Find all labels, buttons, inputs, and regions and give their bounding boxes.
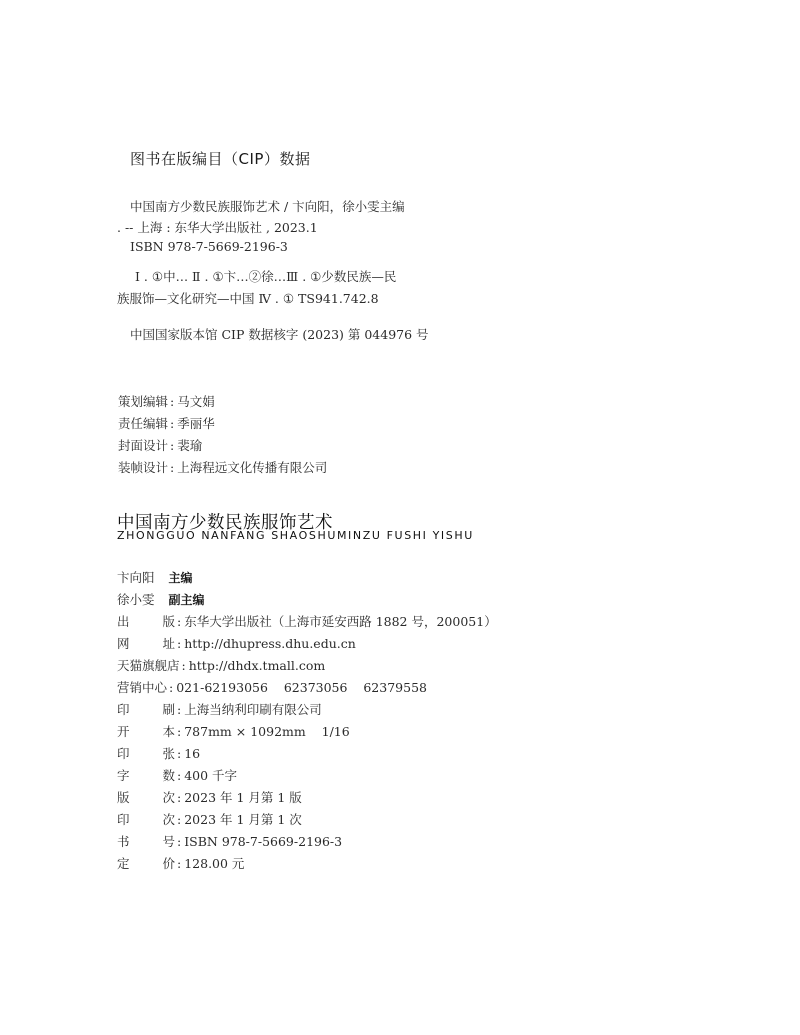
editor-role: 主编	[169, 571, 193, 585]
info-label: 开本	[117, 722, 175, 740]
credit-binding-design: 装帧设计:上海程远文化传播有限公司	[118, 458, 327, 476]
info-edition: 版次:2023 年 1 月第 1 版	[117, 788, 302, 806]
cip-line-publisher: . -- 上海 : 东华大学出版社 , 2023.1	[117, 218, 318, 236]
cip-line-classification-1: Ⅰ . ①中… Ⅱ . ①卞…②徐…Ⅲ . ①少数民族—民	[135, 267, 396, 285]
cip-line-record-number: 中国国家版本馆 CIP 数据核字 (2023) 第 044976 号	[130, 325, 429, 343]
info-printer: 印刷:上海当纳利印刷有限公司	[117, 700, 322, 718]
info-label: 营销中心	[117, 678, 167, 696]
credit-planning-editor: 策划编辑:马文娟	[118, 392, 215, 410]
info-label: 印次	[117, 810, 175, 828]
editor-deputy: 徐小雯副主编	[117, 590, 205, 608]
credit-label: 责任编辑	[118, 416, 168, 431]
editor-role: 副主编	[169, 593, 205, 607]
separator: :	[177, 724, 181, 739]
credit-value: 马文娟	[177, 394, 215, 409]
separator: :	[177, 702, 181, 717]
credit-value: 裴瑜	[177, 438, 202, 453]
cip-line-isbn: ISBN 978-7-5669-2196-3	[130, 239, 288, 254]
info-website: 网址:http://dhupress.dhu.edu.cn	[117, 634, 356, 652]
separator: :	[177, 636, 181, 651]
info-printing: 印次:2023 年 1 月第 1 次	[117, 810, 302, 828]
info-value: 16	[184, 746, 200, 761]
separator: :	[177, 614, 181, 629]
separator: :	[169, 680, 173, 695]
separator: :	[182, 658, 186, 673]
info-value: ISBN 978-7-5669-2196-3	[184, 834, 342, 849]
info-value: 2023 年 1 月第 1 版	[184, 788, 302, 806]
info-value: 128.00 元	[184, 854, 244, 872]
info-sheets: 印张:16	[117, 744, 200, 762]
info-label: 定价	[117, 854, 175, 872]
info-label: 天猫旗舰店	[117, 656, 180, 674]
credit-cover-design: 封面设计:裴瑜	[118, 436, 202, 454]
separator: :	[177, 746, 181, 761]
credit-responsible-editor: 责任编辑:季丽华	[118, 414, 215, 432]
separator: :	[170, 416, 174, 431]
info-publisher: 出版:东华大学出版社（上海市延安西路 1882 号，200051）	[117, 612, 497, 630]
info-value: http://dhdx.tmall.com	[189, 658, 326, 673]
credit-label: 封面设计	[118, 438, 168, 453]
editor-name: 徐小雯	[117, 592, 155, 607]
separator: :	[177, 790, 181, 805]
info-isbn: 书号:ISBN 978-7-5669-2196-3	[117, 832, 342, 850]
info-price: 定价:128.00 元	[117, 854, 244, 872]
info-label: 印刷	[117, 700, 175, 718]
info-value: http://dhupress.dhu.edu.cn	[184, 636, 356, 651]
separator: :	[170, 394, 174, 409]
separator: :	[177, 834, 181, 849]
credit-label: 策划编辑	[118, 394, 168, 409]
cip-line-title: 中国南方少数民族服饰艺术 / 卞向阳，徐小雯主编	[130, 197, 405, 215]
info-value: 东华大学出版社（上海市延安西路 1882 号，200051）	[184, 612, 496, 630]
editor-name: 卞向阳	[117, 570, 155, 585]
info-word-count: 字数:400 千字	[117, 766, 237, 784]
separator: :	[170, 460, 174, 475]
copyright-page: 图书在版编目（CIP）数据 中国南方少数民族服饰艺术 / 卞向阳，徐小雯主编 .…	[0, 0, 800, 1035]
info-value: 021-62193056 62373056 62379558	[176, 680, 427, 695]
credit-value: 上海程远文化传播有限公司	[177, 460, 327, 475]
info-format: 开本:787mm × 1092mm 1/16	[117, 722, 350, 740]
cip-line-classification-2: 族服饰—文化研究—中国 Ⅳ . ① TS941.742.8	[117, 289, 379, 307]
info-label: 出版	[117, 612, 175, 630]
separator: :	[177, 768, 181, 783]
editor-chief: 卞向阳主编	[117, 568, 193, 586]
info-value: 2023 年 1 月第 1 次	[184, 810, 302, 828]
info-label: 印张	[117, 744, 175, 762]
info-label: 字数	[117, 766, 175, 784]
info-value: 上海当纳利印刷有限公司	[184, 700, 322, 718]
info-tmall-store: 天猫旗舰店:http://dhdx.tmall.com	[117, 656, 325, 674]
info-value: 400 千字	[184, 766, 237, 784]
cip-heading: 图书在版编目（CIP）数据	[130, 148, 310, 169]
book-title-pinyin: ZHONGGUO NANFANG SHAOSHUMINZU FUSHI YISH…	[117, 529, 474, 542]
info-label: 版次	[117, 788, 175, 806]
info-marketing-center: 营销中心:021-62193056 62373056 62379558	[117, 678, 427, 696]
separator: :	[170, 438, 174, 453]
info-label: 书号	[117, 832, 175, 850]
credit-value: 季丽华	[177, 416, 215, 431]
credit-label: 装帧设计	[118, 460, 168, 475]
info-value: 787mm × 1092mm 1/16	[184, 724, 349, 739]
separator: :	[177, 856, 181, 871]
info-label: 网址	[117, 634, 175, 652]
separator: :	[177, 812, 181, 827]
